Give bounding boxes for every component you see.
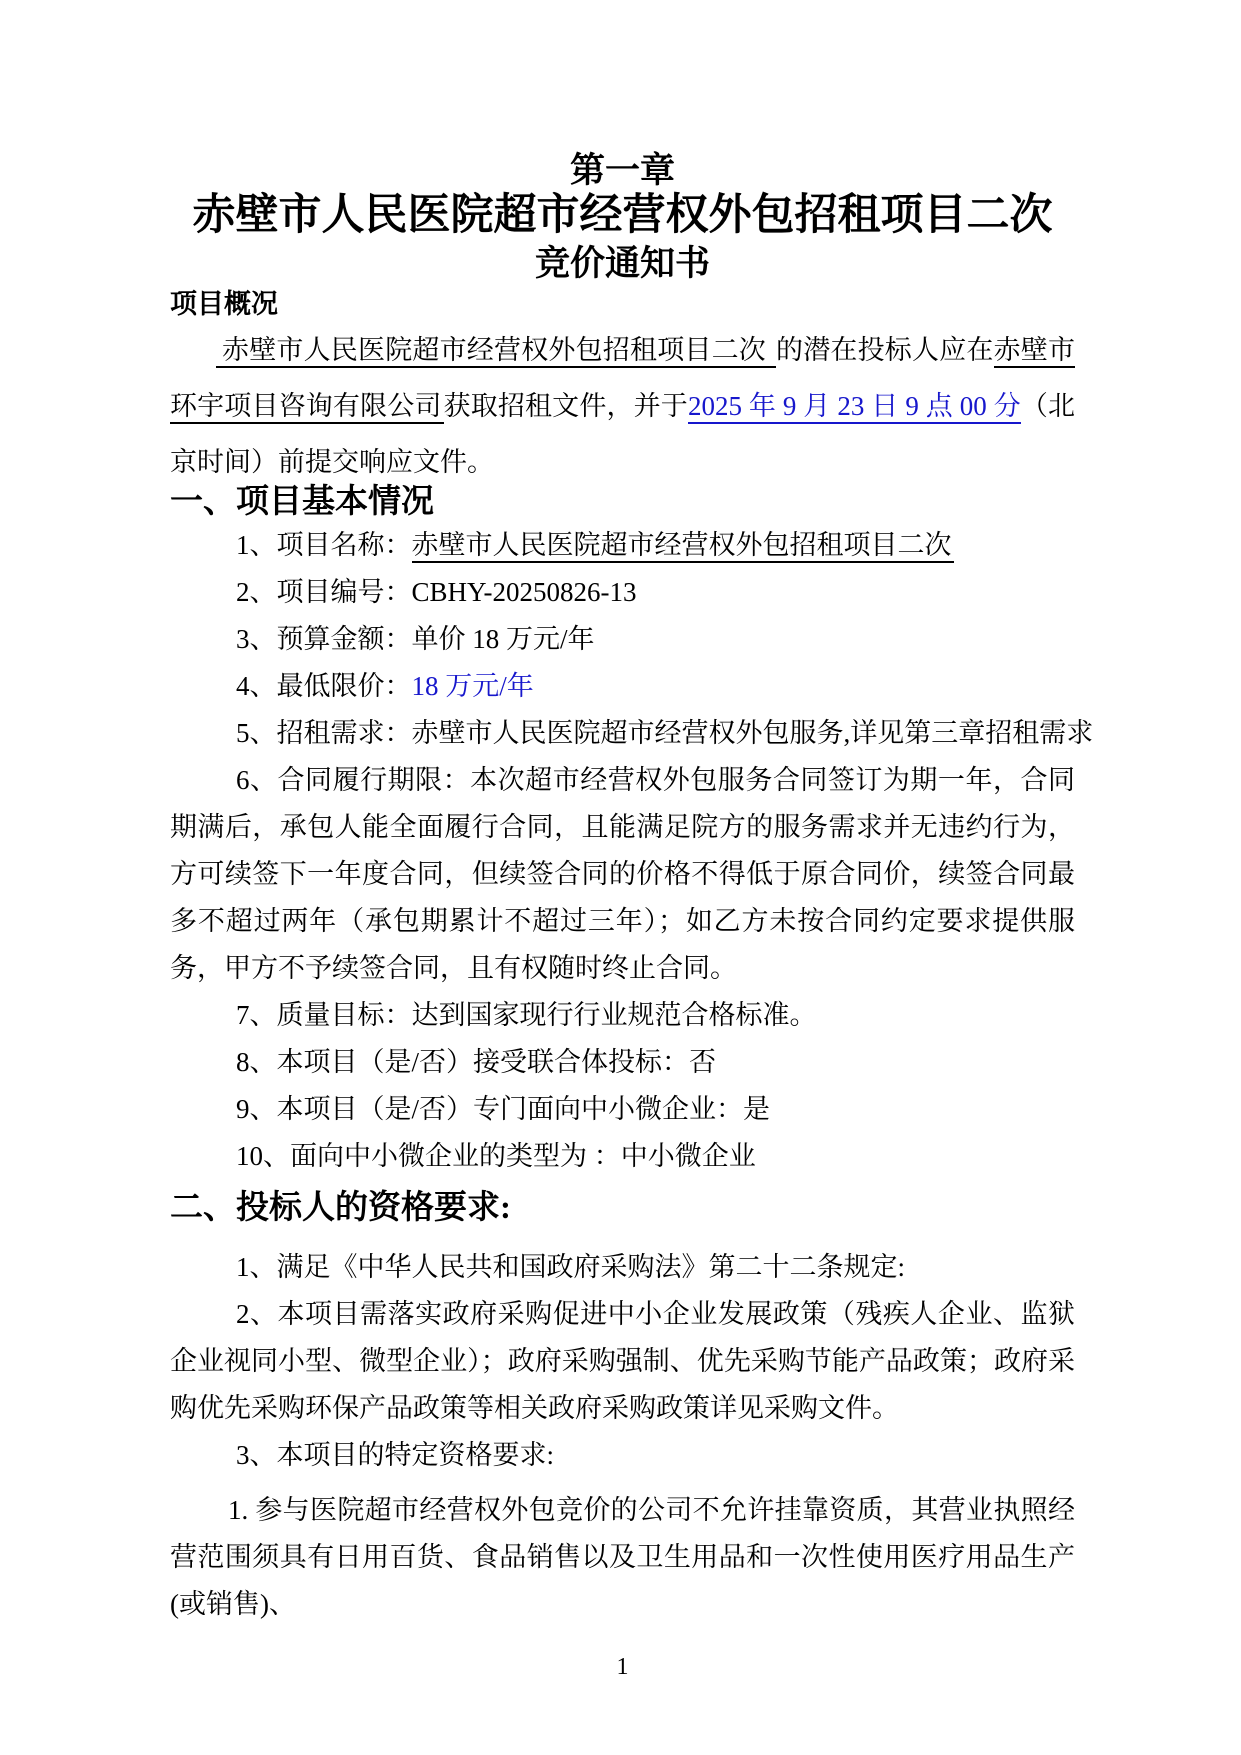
overview-paragraph: 赤壁市人民医院超市经营权外包招租项目二次的潜在投标人应在赤壁市环宇项目咨询有限公… [170, 322, 1075, 490]
item1-label: 1、项目名称： [236, 530, 412, 560]
section2-item-3-sub-1: 1. 参与医院超市经营权外包竞价的公司不允许挂靠资质，其营业执照经营范围须具有日… [170, 1487, 1075, 1628]
overview-heading: 项目概况 [170, 286, 1075, 322]
section1-item-2: 2、项目编号：CBHY-20250826-13 [170, 569, 1075, 616]
section2-heading: 二、投标人的资格要求: [170, 1188, 1075, 1228]
section1-item-10: 10、面向中小微企业的类型为 ：中小微企业 [170, 1133, 1075, 1180]
section1-item-4: 4、最低限价：18 万元/年 [170, 663, 1075, 710]
section1-item-6: 6、合同履行期限：本次超市经营权外包服务合同签订为期一年，合同期满后，承包人能全… [170, 757, 1075, 992]
item4-label: 4、最低限价： [236, 671, 412, 701]
section1-item-5: 5、招租需求：赤壁市人民医院超市经营权外包服务,详见第三章招租需求 [170, 710, 1075, 757]
chapter-heading: 第一章 [170, 152, 1075, 190]
document-subtitle: 竞价通知书 [170, 242, 1075, 286]
section2-item-1: 1、满足《中华人民共和国政府采购法》第二十二条规定: [170, 1244, 1075, 1291]
item1-project-name-underlined: 赤壁市人民医院超市经营权外包招租项目二次 [412, 530, 954, 563]
section1-heading: 一、项目基本情况 [170, 482, 1075, 522]
section2-item-3: 3、本项目的特定资格要求: [170, 1432, 1075, 1479]
section2-item-2: 2、本项目需落实政府采购促进中小企业发展政策（残疾人企业、监狱企业视同小型、微型… [170, 1291, 1075, 1432]
section1-item-7: 7、质量目标：达到国家现行行业规范合格标准。 [170, 992, 1075, 1039]
overview-text-2: 获取招租文件，并于 [444, 391, 688, 421]
document-page: 第一章 赤壁市人民医院超市经营权外包招租项目二次 竞价通知书 项目概况 赤壁市人… [0, 0, 1241, 1755]
section1-item-8: 8、本项目（是/否）接受联合体投标：否 [170, 1039, 1075, 1086]
section1-item-1: 1、项目名称：赤壁市人民医院超市经营权外包招租项目二次 [170, 522, 1075, 569]
deadline-link[interactable]: 2025 年 9 月 23 日 9 点 00 分 [688, 391, 1021, 424]
item4-min-price-value: 18 万元/年 [412, 671, 534, 701]
project-name-underlined: 赤壁市人民医院超市经营权外包招租项目二次 [216, 335, 776, 368]
section1-item-3: 3、预算金额：单价 18 万元/年 [170, 616, 1075, 663]
page-number: 1 [170, 1652, 1075, 1682]
document-title: 赤壁市人民医院超市经营权外包招租项目二次 [170, 190, 1075, 242]
section1-item-9: 9、本项目（是/否）专门面向中小微企业：是 [170, 1086, 1075, 1133]
overview-text-1: 的潜在投标人应在 [776, 335, 994, 365]
